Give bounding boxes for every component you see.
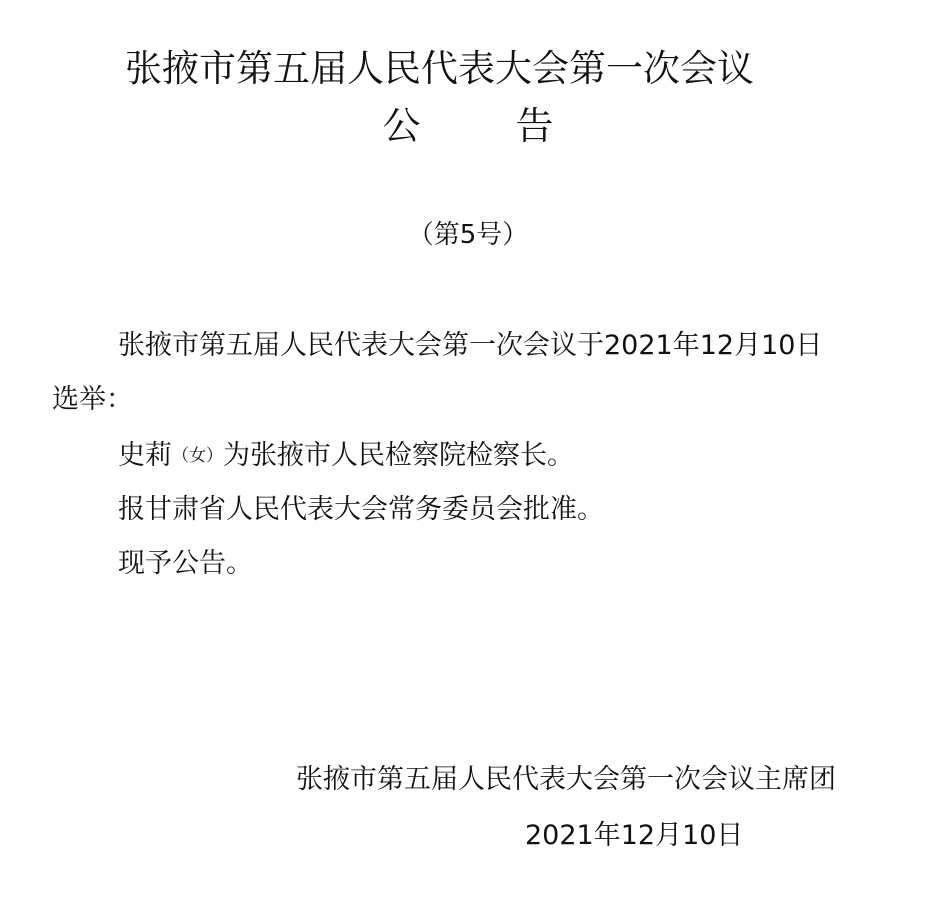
- document-title: 张掖市第五届人民代表大会第一次会议: [125, 50, 754, 87]
- paragraph-announcement: 现予公告。: [118, 550, 253, 577]
- paragraph-election-label: 选举：: [52, 386, 133, 413]
- signature-date: 2021年12月10日: [525, 822, 743, 849]
- subtitle-char-1: 公: [382, 104, 420, 148]
- document-subtitle: 公告: [0, 107, 936, 145]
- paragraph-appointment: 史莉（女）为张掖市人民检察院检察长。: [118, 442, 574, 469]
- subtitle-char-2: 告: [516, 104, 554, 148]
- appointee-name: 史莉: [118, 440, 172, 471]
- paragraph-election-intro: 张掖市第五届人民代表大会第一次会议于2021年12月10日: [118, 332, 822, 359]
- appointee-gender: （女）: [172, 446, 223, 466]
- paragraph-approval: 报甘肃省人民代表大会常务委员会批准。: [118, 496, 604, 523]
- appointment-position: 为张掖市人民检察院检察长。: [223, 440, 574, 471]
- announcement-number: （第5号）: [0, 222, 936, 248]
- signature-presidium: 张掖市第五届人民代表大会第一次会议主席团: [296, 766, 836, 793]
